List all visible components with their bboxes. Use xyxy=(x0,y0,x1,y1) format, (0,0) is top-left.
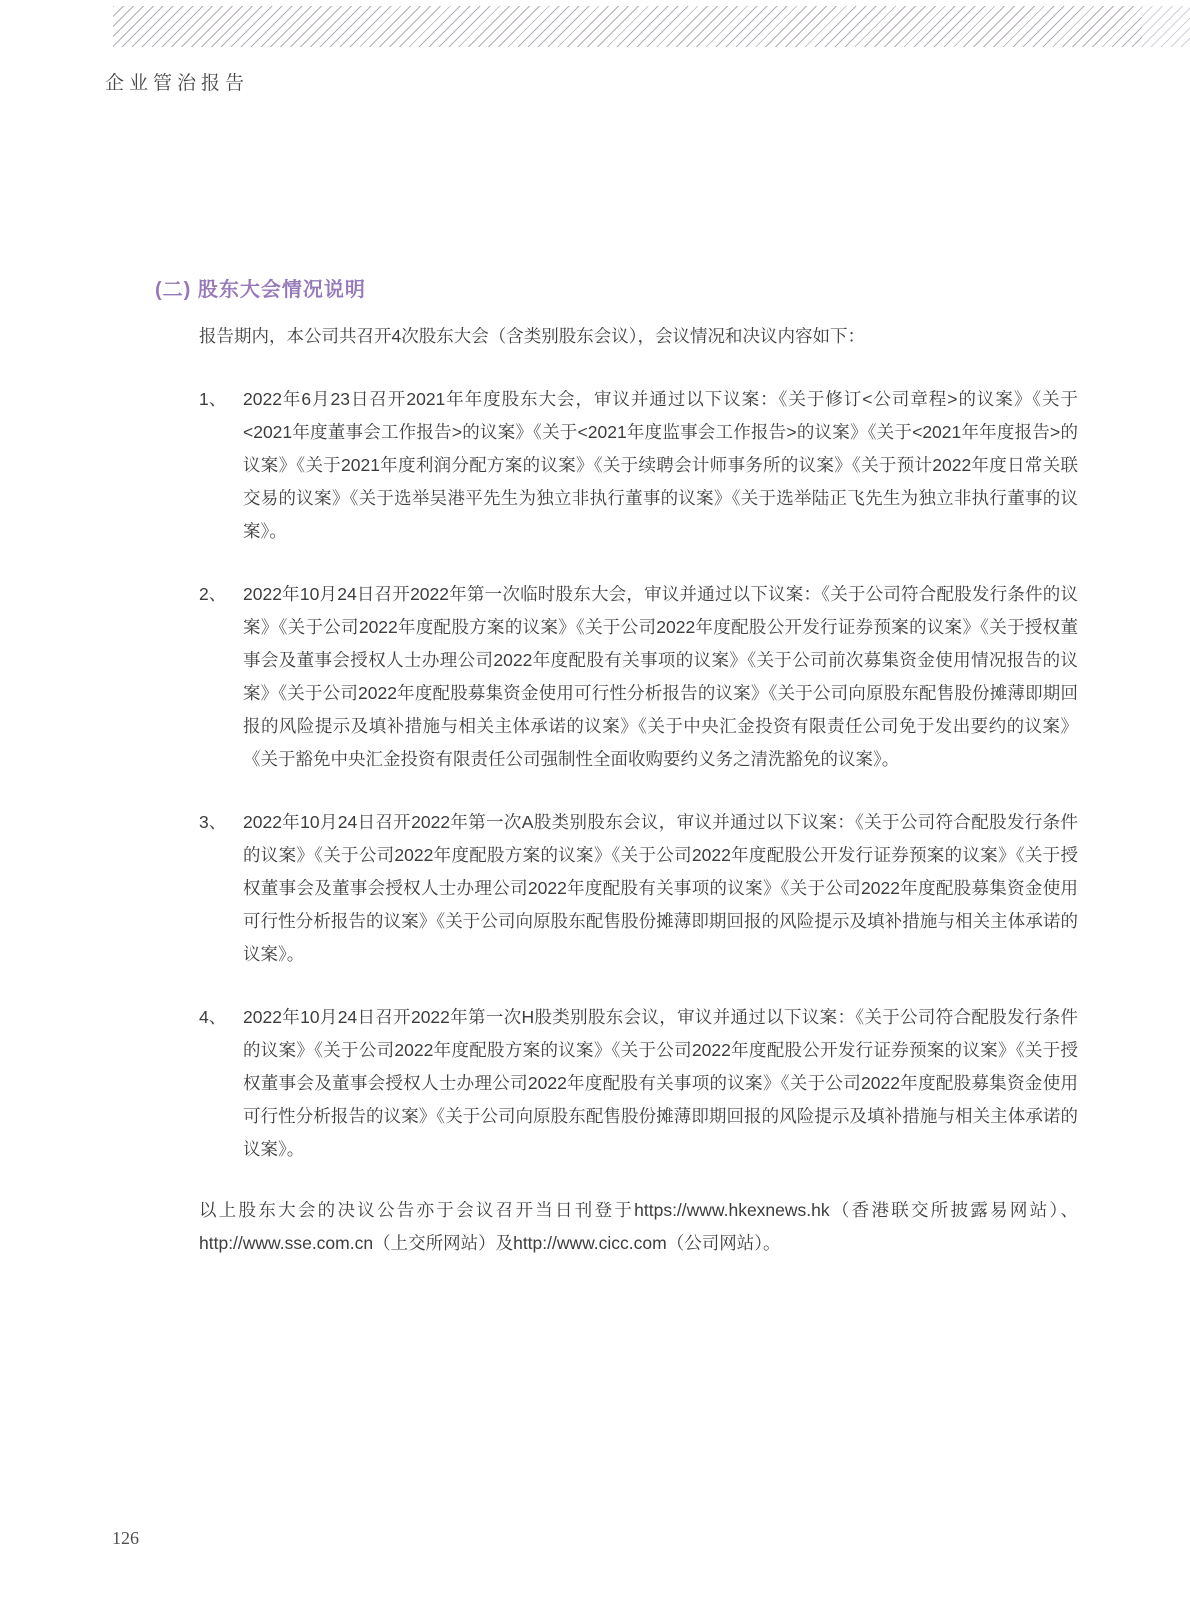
item-text: 2022年10月24日召开2022年第一次A股类别股东会议，审议并通过以下议案：… xyxy=(243,806,1078,971)
meeting-item-3: 3、 2022年10月24日召开2022年第一次A股类别股东会议，审议并通过以下… xyxy=(199,806,1078,971)
meeting-item-4: 4、 2022年10月24日召开2022年第一次H股类别股东会议，审议并通过以下… xyxy=(199,1001,1078,1166)
item-text: 2022年6月23日召开2021年年度股东大会，审议并通过以下议案：《关于修订<… xyxy=(243,383,1078,548)
doc-header-title: 企业管治报告 xyxy=(105,68,249,95)
section-heading: (二) 股东大会情况说明 xyxy=(155,276,1190,304)
report-page: 企业管治报告 (二) 股东大会情况说明 报告期内，本公司共召开4次股东大会（含类… xyxy=(0,0,1190,1615)
intro-paragraph: 报告期内，本公司共召开4次股东大会（含类别股东会议），会议情况和决议内容如下： xyxy=(199,320,1190,353)
item-number: 3、 xyxy=(199,806,243,971)
item-text: 2022年10月24日召开2022年第一次H股类别股东会议，审议并通过以下议案：… xyxy=(243,1001,1078,1166)
hatch-pattern-light xyxy=(1142,6,1190,47)
item-number: 1、 xyxy=(199,383,243,548)
page-number: 126 xyxy=(112,1528,139,1549)
meeting-item-1: 1、 2022年6月23日召开2021年年度股东大会，审议并通过以下议案：《关于… xyxy=(199,383,1078,548)
meeting-item-2: 2、 2022年10月24日召开2022年第一次临时股东大会，审议并通过以下议案… xyxy=(199,578,1078,776)
item-number: 2、 xyxy=(199,578,243,776)
closing-paragraph: 以上股东大会的决议公告亦于会议召开当日刊登于https://www.hkexne… xyxy=(199,1194,1078,1260)
main-content: (二) 股东大会情况说明 报告期内，本公司共召开4次股东大会（含类别股东会议），… xyxy=(0,276,1190,1260)
item-number: 4、 xyxy=(199,1001,243,1166)
hatch-pattern-dark xyxy=(113,6,1142,47)
top-hatch-banner xyxy=(113,6,1190,47)
item-text: 2022年10月24日召开2022年第一次临时股东大会，审议并通过以下议案：《关… xyxy=(243,578,1078,776)
